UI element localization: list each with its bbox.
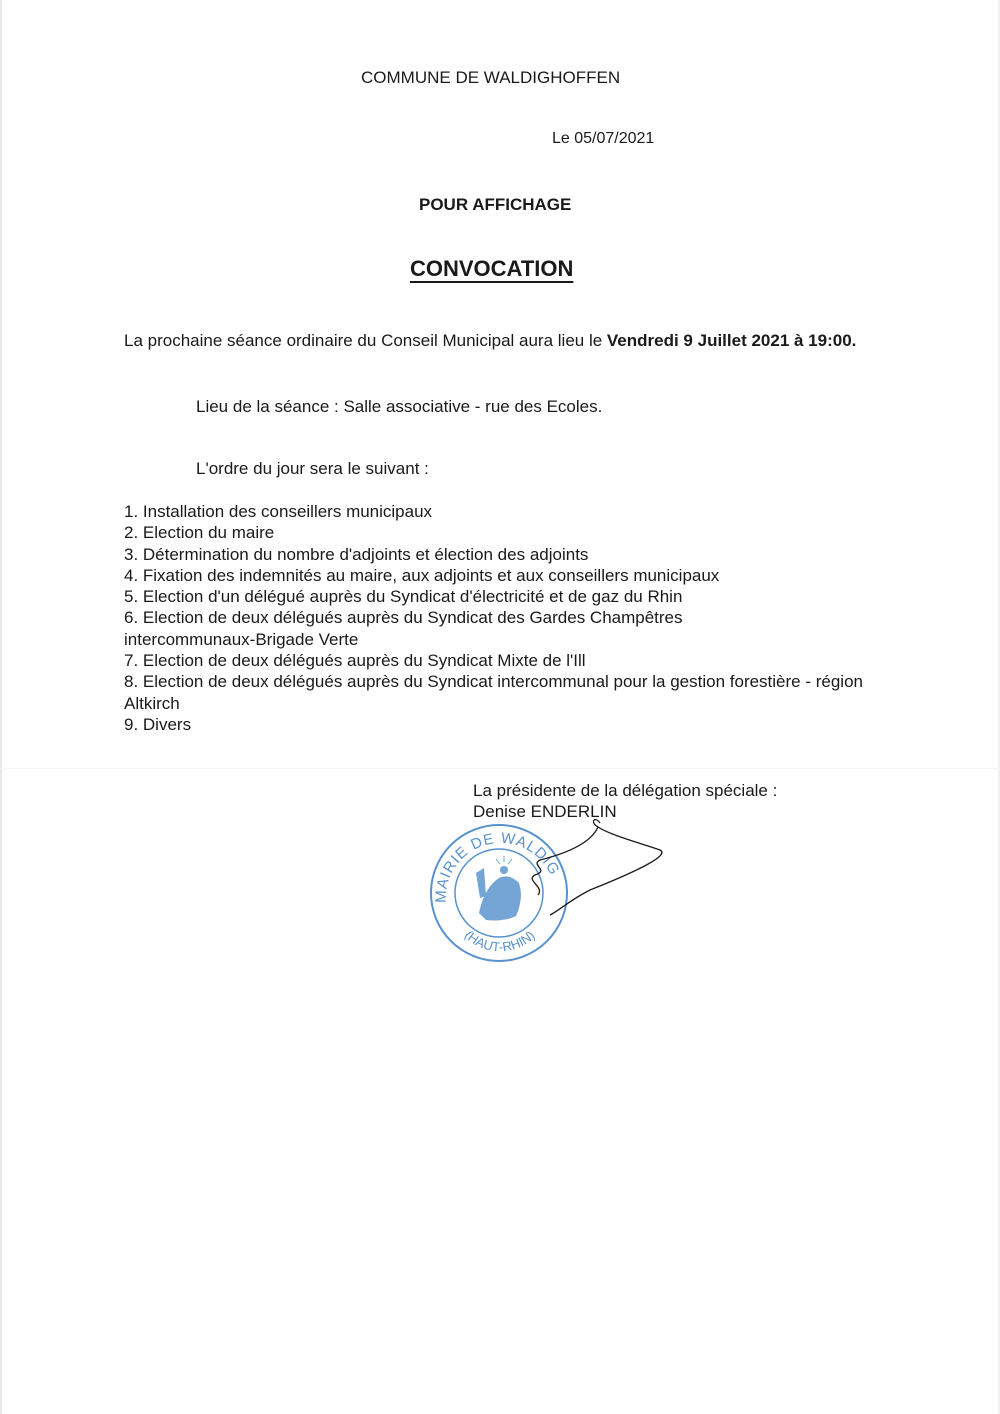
agenda-item: 2. Election du maire: [124, 522, 884, 543]
signatory-title: La présidente de la délégation spéciale …: [473, 780, 777, 801]
agenda-item: 9. Divers: [124, 714, 884, 735]
stamp-bottom-text: (HAUT-RHIN): [462, 927, 538, 954]
agenda-item: 6. Election de deux délégués auprès du S…: [124, 607, 744, 650]
scan-artifact-line: [0, 768, 1000, 769]
agenda-list: 1. Installation des conseillers municipa…: [124, 501, 884, 735]
intro-text: La prochaine séance ordinaire du Conseil…: [124, 331, 607, 350]
meeting-location: Lieu de la séance : Salle associative - …: [196, 396, 602, 417]
agenda-item: 4. Fixation des indemnités au maire, aux…: [124, 565, 884, 586]
agenda-item: 7. Election de deux délégués auprès du S…: [124, 650, 884, 671]
svg-text:(HAUT-RHIN): (HAUT-RHIN): [462, 927, 538, 954]
posting-notice: POUR AFFICHAGE: [419, 194, 571, 215]
meeting-intro: La prochaine séance ordinaire du Conseil…: [124, 330, 884, 351]
agenda-item: 3. Détermination du nombre d'adjoints et…: [124, 544, 884, 565]
document-page: COMMUNE DE WALDIGHOFFEN Le 05/07/2021 PO…: [0, 0, 1000, 1414]
document-date: Le 05/07/2021: [552, 128, 654, 149]
agenda-item: 1. Installation des conseillers municipa…: [124, 501, 884, 522]
handwritten-signature-icon: [520, 815, 670, 925]
commune-name: COMMUNE DE WALDIGHOFFEN: [361, 67, 620, 88]
agenda-item: 5. Election d'un délégué auprès du Syndi…: [124, 586, 884, 607]
agenda-item: 8. Election de deux délégués auprès du S…: [124, 671, 879, 714]
agenda-intro: L'ordre du jour sera le suivant :: [196, 458, 429, 479]
document-title: CONVOCATION: [410, 256, 573, 282]
meeting-datetime: Vendredi 9 Juillet 2021 à 19:00.: [607, 331, 856, 350]
scan-edge-left: [0, 0, 2, 1414]
